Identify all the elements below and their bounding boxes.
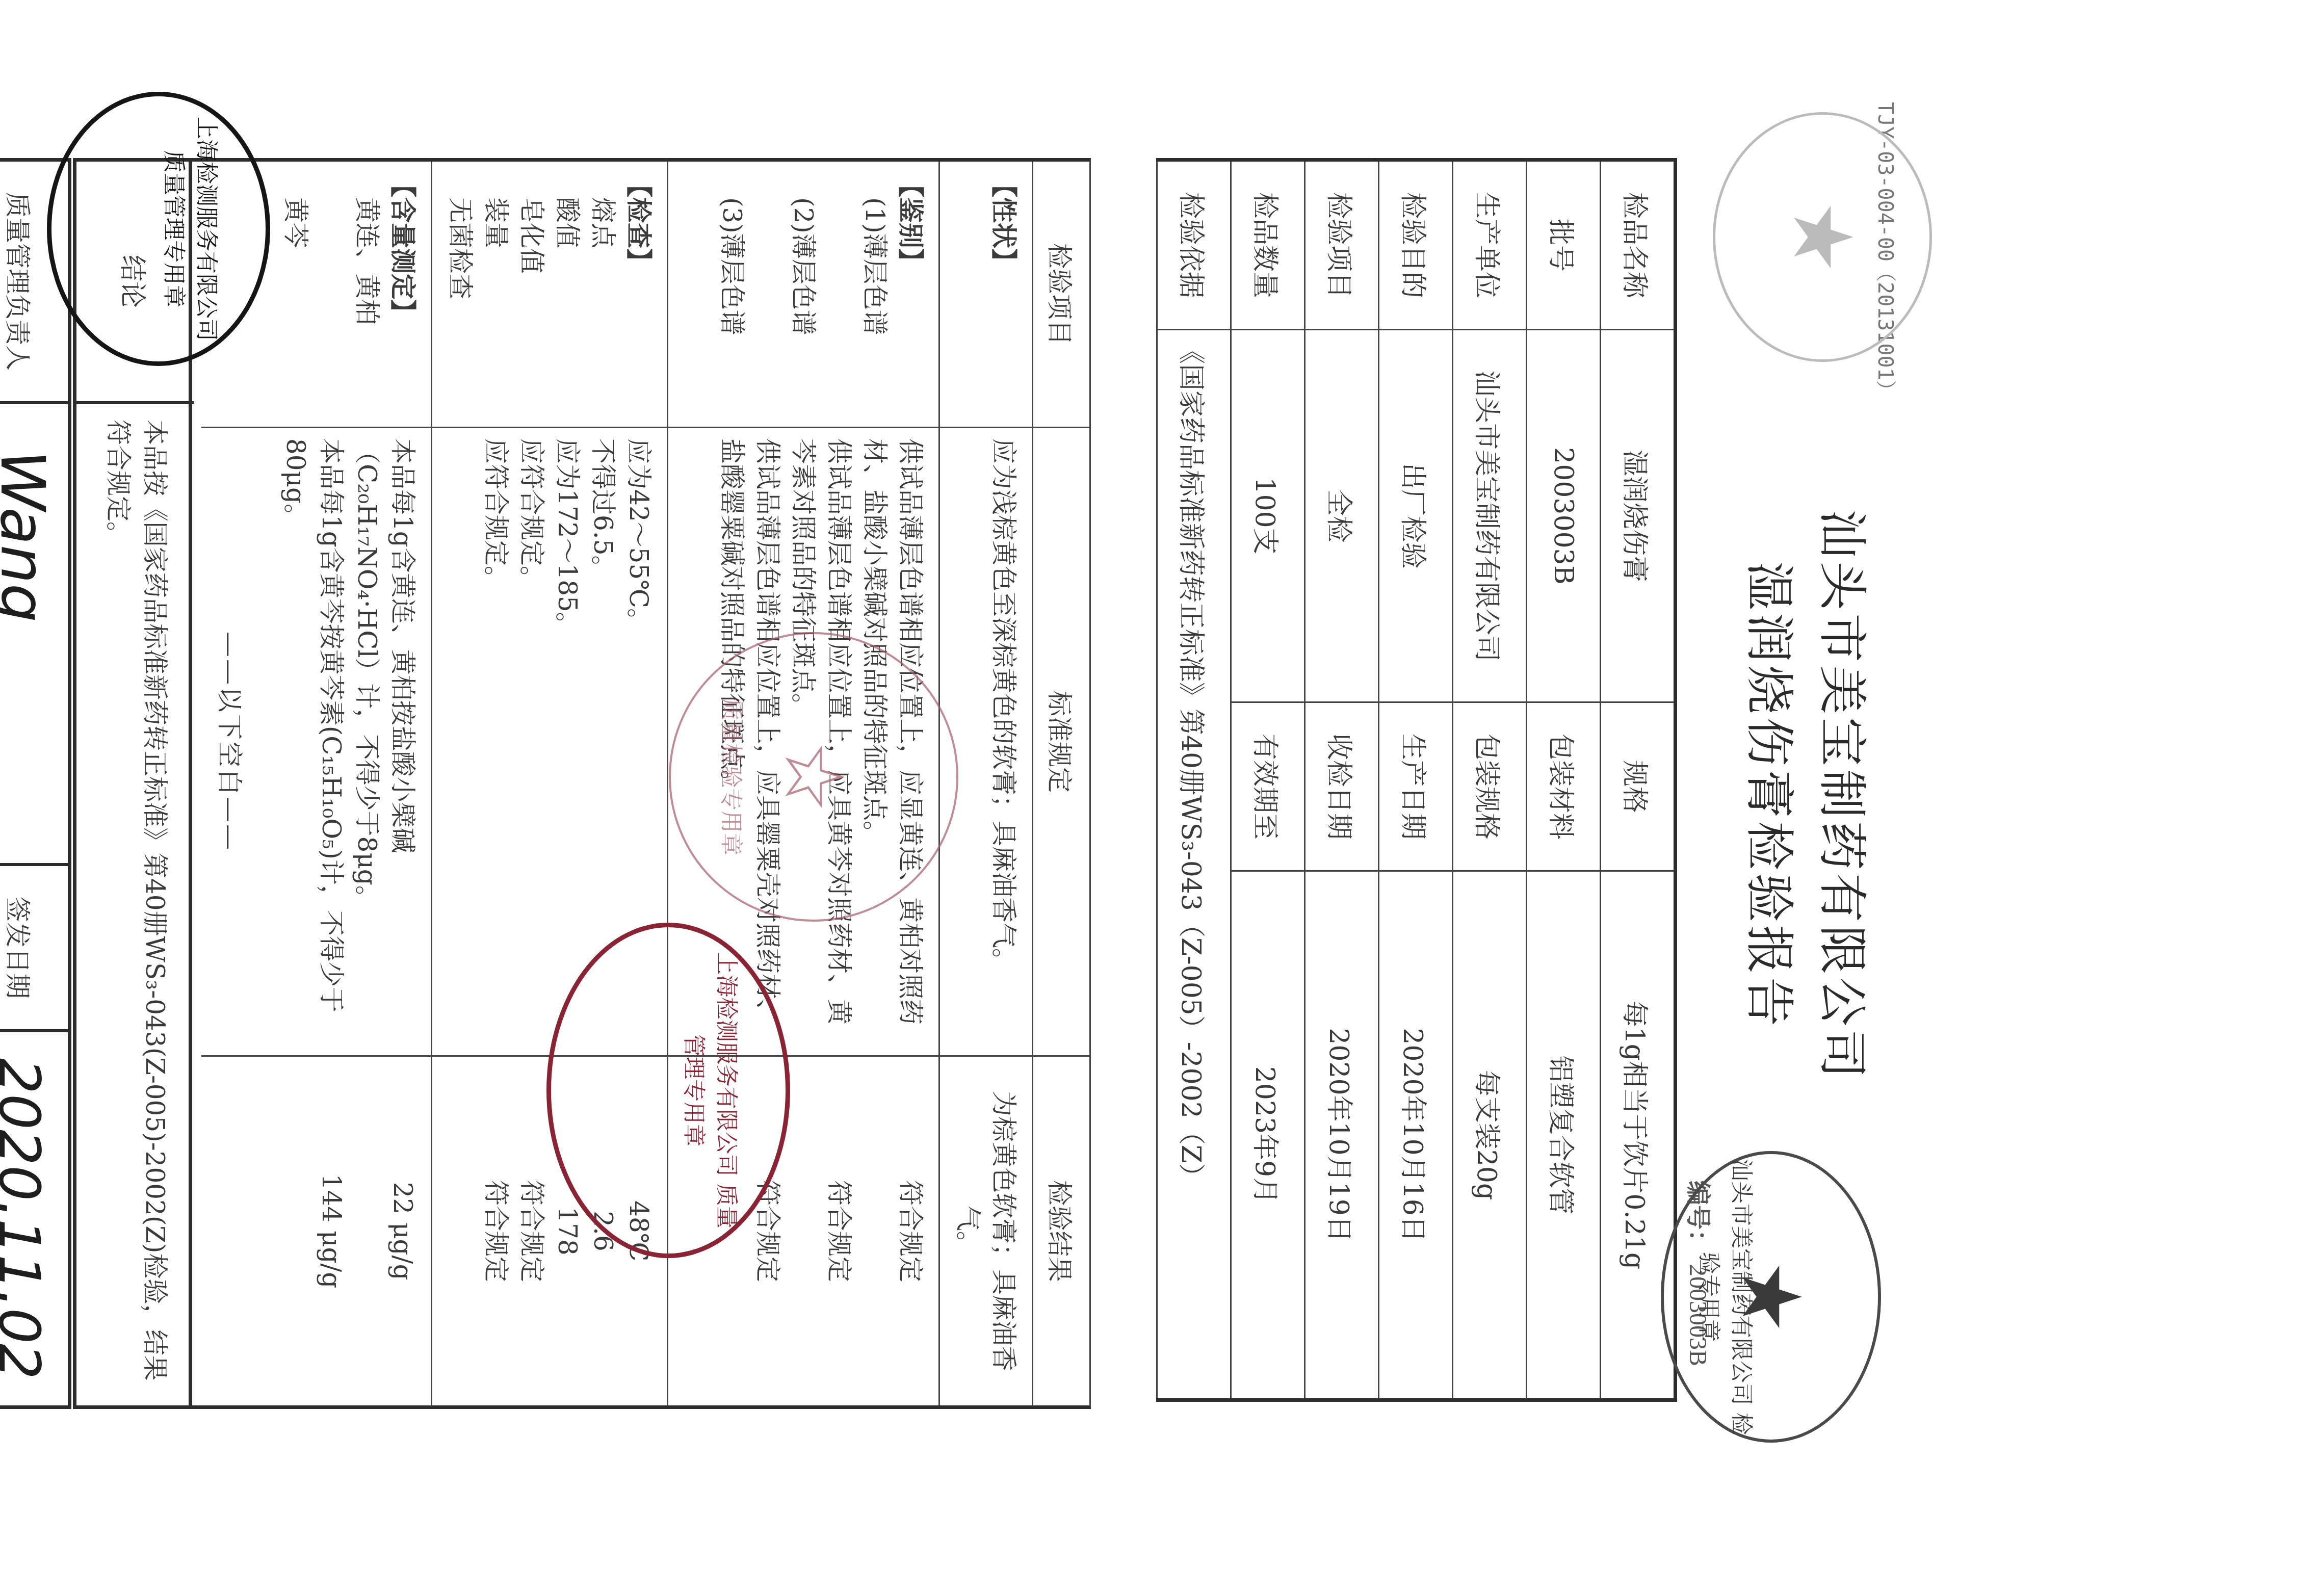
- info-label: 收检日期: [1305, 702, 1379, 871]
- test-item-standard: 应符合规定。: [478, 438, 514, 1045]
- sample-info-table: 检品名称 湿润烧伤膏 规格 每1g相当于饮片0.21g 批号 2003003B …: [1156, 158, 1677, 1402]
- info-row: 检验目的 出厂检验 生产日期 2020年10月16日: [1379, 160, 1453, 1400]
- company-seal-text: 汕头市美宝制药有限公司 检验专用章: [1694, 1154, 1760, 1440]
- info-row-basis: 检验依据 《国家药品标准新药转正标准》第40册WS₃-043（Z-005）-20…: [1157, 160, 1231, 1400]
- info-value: 2023年9月: [1231, 871, 1305, 1400]
- black-seal-stamp: 上海检测服务有限公司 质量管理专用章: [47, 92, 270, 366]
- info-label: 包装材料: [1527, 702, 1601, 871]
- test-item-name: 酸值: [550, 172, 585, 416]
- test-item-result: 符合规定: [857, 1067, 928, 1395]
- section-heading: 【检查】: [621, 172, 657, 416]
- info-row: 生产单位 汕头市美宝制药有限公司 包装规格 每支装20g: [1453, 160, 1527, 1400]
- section-item-col: 【性状】: [940, 162, 1032, 428]
- test-item-result: 为棕黄色软膏；具麻油香气。: [950, 1067, 1022, 1395]
- test-item-result: 144 μg/g: [278, 1067, 349, 1395]
- company-seal-stamp: ★ 汕头市美宝制药有限公司 检验专用章: [1661, 1151, 1881, 1443]
- issue-date-value: 2020.11.02: [0, 1032, 68, 1405]
- section-heading: 【鉴别】: [893, 172, 928, 416]
- info-value: 铝塑复合软管: [1527, 871, 1601, 1400]
- info-value: 汕头市美宝制药有限公司: [1453, 330, 1527, 702]
- section-result-col: 为棕黄色软膏；具麻油香气。: [940, 1057, 1032, 1405]
- info-label: 检品数量: [1231, 160, 1305, 330]
- section-standard-col: 本品每1g含黄连、黄柏按盐酸小檗碱（C₂₀H₁₇NO₄·HCl）计，不得少于8μ…: [201, 428, 431, 1057]
- issue-date-label: 签发日期: [0, 866, 68, 1032]
- test-item-name: (2)薄层色谱: [750, 172, 821, 416]
- section-item-col: 【鉴别】(1)薄层色谱(2)薄层色谱(3)薄层色谱: [668, 162, 938, 428]
- basis-label: 检验依据: [1157, 160, 1231, 330]
- test-item-standard: 本品每1g含黄芩按黄芩素(C₁₅H₁₀O₅)计，不得少于80μg。: [278, 438, 349, 1045]
- signoff-row: 质量管理负责人 Wang 签发日期 2020.11.02: [0, 158, 71, 1409]
- signature-cell: Wang: [0, 404, 68, 866]
- info-value: 2020年10月16日: [1379, 871, 1453, 1400]
- red-seal-stamp-small: ☆ 质量检验专用章: [669, 632, 958, 922]
- info-label: 包装规格: [1453, 702, 1527, 871]
- black-seal-text: 上海检测服务有限公司 质量管理专用章: [160, 110, 225, 348]
- end-of-content-note: ——以下空白——: [212, 438, 247, 1045]
- info-label: 有效期至: [1231, 702, 1305, 871]
- star-icon: ☆: [773, 740, 854, 813]
- info-value: 2003003B: [1527, 330, 1601, 702]
- test-item-result: 符合规定: [786, 1067, 857, 1395]
- red-seal-small-text: 质量检验专用章: [717, 698, 749, 855]
- test-item-result: 符合规定: [478, 1067, 514, 1395]
- star-icon: ★: [1782, 200, 1863, 273]
- test-item-name: 装量: [478, 172, 514, 416]
- test-item-name: 无菌检查: [442, 172, 478, 416]
- info-row: 批号 2003003B 包装材料 铝塑复合软管: [1527, 160, 1601, 1400]
- info-row: 检品名称 湿润烧伤膏 规格 每1g相当于饮片0.21g: [1601, 160, 1676, 1400]
- conclusion-text: 本品按《国家药品标准新药转正标准》第40册WS₃-043(Z-005)-2002…: [76, 404, 194, 1405]
- info-value: 出厂检验: [1379, 330, 1453, 702]
- info-label: 检品名称: [1601, 160, 1676, 330]
- test-item-standard: 应符合规定。: [514, 438, 550, 1045]
- results-header-row: 检验项目 标准规定 检验结果: [1032, 162, 1089, 1405]
- info-label: 批号: [1527, 160, 1601, 330]
- info-label: 检验项目: [1305, 160, 1379, 330]
- test-item-result: 符合规定: [514, 1067, 550, 1395]
- col-item-header: 检验项目: [1033, 162, 1089, 428]
- info-value: 100支: [1231, 330, 1305, 702]
- test-item-name: 熔点: [585, 172, 621, 416]
- section-heading: 【性状】: [986, 172, 1022, 416]
- info-label: 生产单位: [1453, 160, 1527, 330]
- section-heading: 【含量测定】: [385, 172, 421, 416]
- info-row: 检验项目 全检 收检日期 2020年10月19日: [1305, 160, 1379, 1400]
- info-label: 规格: [1601, 702, 1676, 871]
- info-row: 检品数量 100支 有效期至 2023年9月: [1231, 160, 1305, 1400]
- test-item-name: [950, 172, 986, 416]
- test-item-standard: 本品每1g含黄连、黄柏按盐酸小檗碱（C₂₀H₁₇NO₄·HCl）计，不得少于8μ…: [349, 438, 421, 1045]
- col-standard-header: 标准规定: [1033, 428, 1089, 1057]
- test-item-name: 黄连、黄柏: [314, 172, 385, 416]
- info-label: 生产日期: [1379, 702, 1453, 871]
- section-item-col: 【检查】熔点酸值皂化值装量无菌检查: [432, 162, 667, 428]
- col-result-header: 检验结果: [1033, 1057, 1089, 1405]
- info-value: 全检: [1305, 330, 1379, 702]
- red-seal-stamp-large: 上海检测服务有限公司 质量管理专用章: [546, 923, 790, 1258]
- info-label: 检验目的: [1379, 160, 1453, 330]
- test-item-standard: 应为浅棕黄色至深棕黄色的软膏；具麻油香气。: [986, 438, 1022, 1045]
- results-section: 【含量测定】黄连、黄柏黄芩本品每1g含黄连、黄柏按盐酸小檗碱（C₂₀H₁₇NO₄…: [201, 162, 431, 1405]
- info-value: 每支装20g: [1453, 871, 1527, 1400]
- test-item-name: (1)薄层色谱: [821, 172, 893, 416]
- test-item-standard: 应为172～185。: [550, 438, 585, 1045]
- info-value: 2020年10月19日: [1305, 871, 1379, 1400]
- test-item-name: (3)薄层色谱: [678, 172, 750, 416]
- info-value: 湿润烧伤膏: [1601, 330, 1676, 702]
- faint-seal-stamp: ★: [1713, 112, 1932, 362]
- inspection-report-page: TJY-03-004-00（20131001） 汕头市美宝制药有限公司 湿润烧伤…: [66, 56, 1952, 1534]
- test-item-name: 皂化值: [514, 172, 550, 416]
- basis-value: 《国家药品标准新药转正标准》第40册WS₃-043（Z-005）-2002（Z）: [1157, 330, 1231, 1400]
- test-item-result: 22 μg/g: [349, 1067, 421, 1395]
- red-seal-large-text: 上海检测服务有限公司 质量管理专用章: [680, 944, 745, 1237]
- handwritten-signature: Wang: [0, 450, 58, 622]
- section-result-col: 22 μg/g144 μg/g: [201, 1057, 431, 1405]
